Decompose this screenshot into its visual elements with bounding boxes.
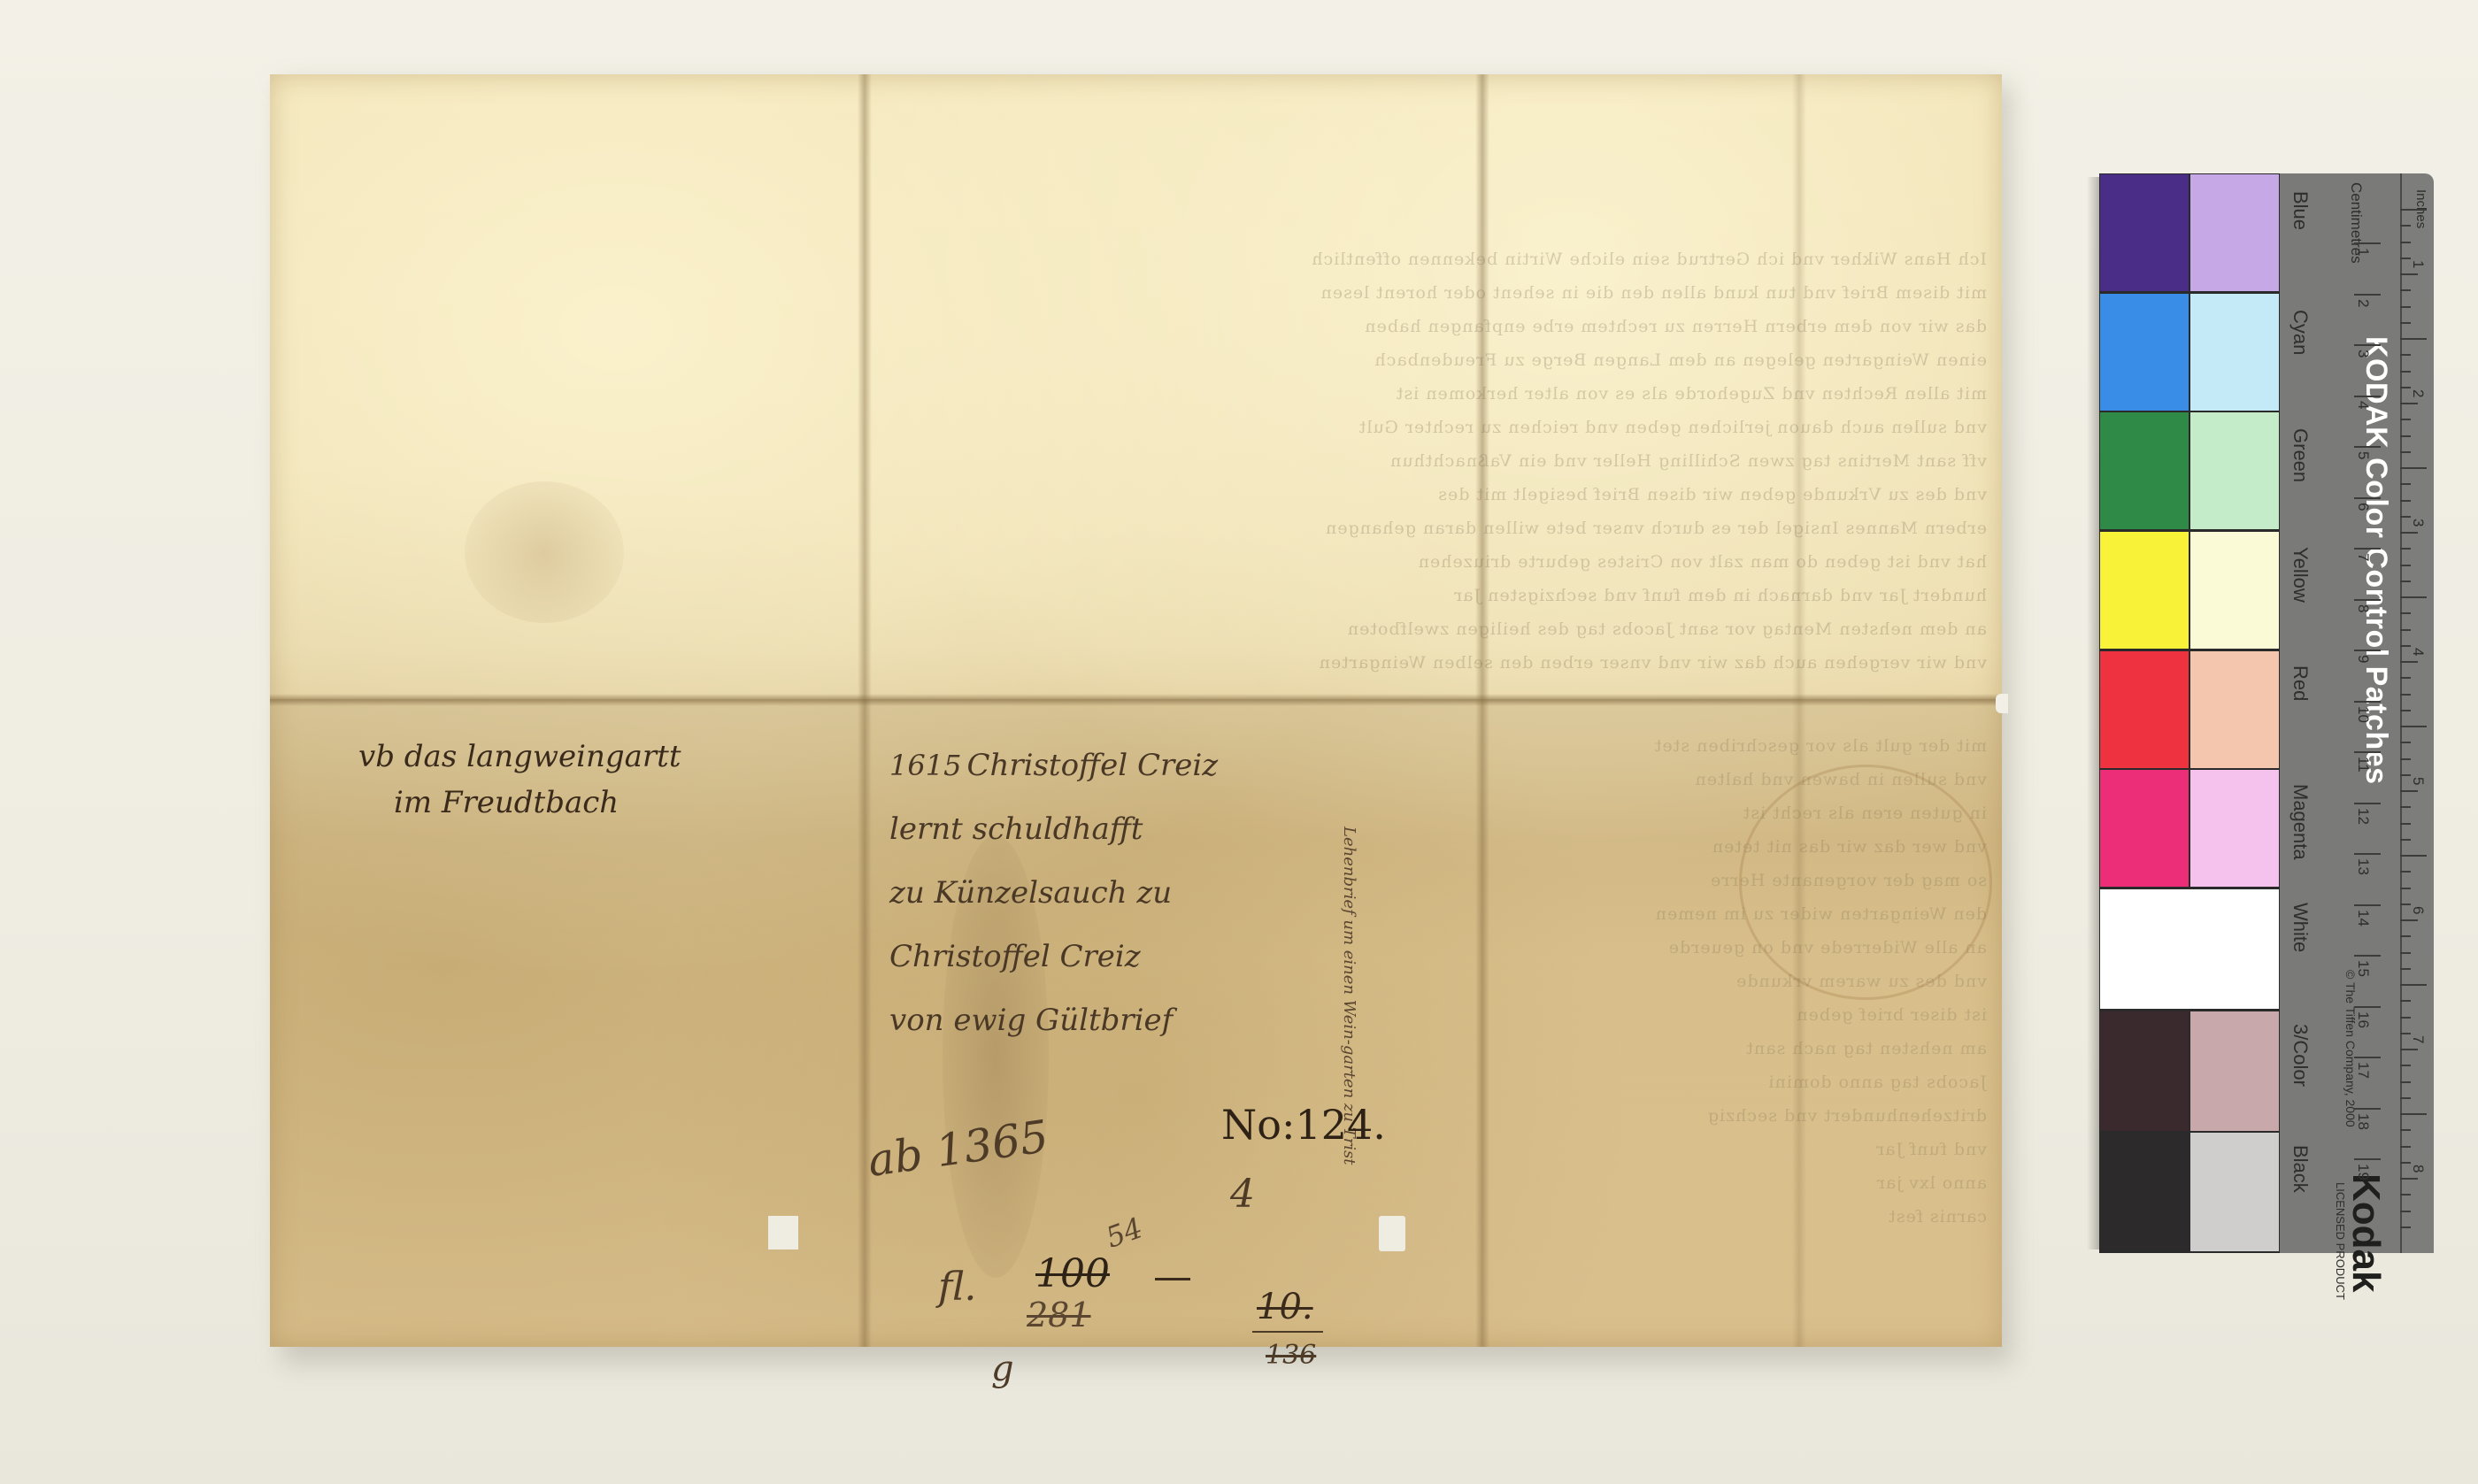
patch-green-light: [2189, 411, 2280, 530]
endorsement-line: Christoffel Creiz: [966, 748, 1218, 783]
cm-tick: [2354, 497, 2381, 499]
inch-tick: [2400, 451, 2411, 453]
inch-tick: [2400, 596, 2427, 598]
inch-tick: [2400, 419, 2411, 420]
inch-tick: [2400, 322, 2411, 324]
inch-tick: [2400, 903, 2411, 905]
cm-tick: [2354, 548, 2381, 550]
inch-tick: [2400, 774, 2411, 776]
inch-tick-label: 2: [2409, 389, 2427, 397]
cm-tick-label: 17: [2354, 1062, 2372, 1079]
kodak-logo: Kodak: [2343, 1173, 2388, 1292]
inch-tick: [2400, 289, 2411, 291]
patch-red-light: [2189, 650, 2280, 769]
inch-tick: [2400, 548, 2411, 550]
cm-tick-label: 16: [2354, 1011, 2372, 1028]
cm-tick-label: 2: [2354, 299, 2372, 307]
underline-mark: [1252, 1331, 1323, 1333]
inch-tick: [2400, 952, 2411, 954]
cm-tick: [2354, 242, 2381, 244]
inch-tick: [2400, 1049, 2418, 1050]
inch-tick: [2400, 258, 2411, 259]
florin-mark: fl.: [938, 1265, 976, 1310]
cm-tick-label: 18: [2354, 1113, 2372, 1130]
patch-3-color-dark: [2099, 1011, 2189, 1132]
patch-blue-dark: [2099, 173, 2189, 292]
inch-tick: [2400, 677, 2411, 679]
inch-tick: [2400, 565, 2411, 566]
cm-tick: [2354, 1057, 2381, 1058]
cm-tick: [2354, 599, 2381, 601]
patch-black-dark: [2099, 1132, 2189, 1252]
color-label-black: Black: [2289, 1145, 2312, 1193]
bleed-through-text-top: Ich Hans Wikher vnd ich Gertrud sein eli…: [482, 242, 1987, 694]
cm-tick: [2354, 955, 2381, 957]
inch-tick: [2400, 726, 2427, 727]
stain: [465, 481, 624, 623]
inch-tick-label: 4: [2409, 648, 2427, 656]
inch-tick: [2400, 661, 2418, 663]
inch-tick: [2400, 806, 2411, 808]
inch-tick: [2400, 1097, 2411, 1099]
cm-tick: [2354, 751, 2381, 753]
stain: [1739, 765, 1992, 1000]
licensed-product-label: LICENSED PRODUCT: [2334, 1182, 2347, 1300]
endorsement-line: zu Künzelsauch zu: [889, 861, 1218, 925]
inch-tick: [2400, 694, 2411, 696]
inch-tick: [2400, 209, 2427, 211]
patch-red-dark: [2099, 650, 2189, 769]
vertical-fold-line: [1475, 74, 1489, 1347]
inch-tick: [2400, 645, 2411, 647]
cm-tick-label: 6: [2354, 503, 2372, 511]
cm-tick-label: 19: [2354, 1164, 2372, 1180]
patch-cyan-light: [2189, 293, 2280, 411]
bleed-line: dritzehenhundert vnd sechzig: [1491, 1099, 1987, 1133]
inch-tick: [2400, 516, 2411, 518]
bleed-line: vnd sullen auch dauon jerlichen geben vn…: [482, 411, 1987, 444]
struck-value-10: 10.: [1257, 1287, 1313, 1327]
archive-number: No:124.: [1221, 1101, 1386, 1149]
bleed-line: carnis fest: [1491, 1200, 1987, 1234]
bleed-line: vnd wir vergehen auch daz wir vnd vnser …: [482, 646, 1987, 680]
cm-tick: [2354, 344, 2381, 346]
vertical-fold-line: [1792, 74, 1806, 1347]
inch-tick: [2400, 839, 2411, 841]
cm-tick-label: 15: [2354, 960, 2372, 977]
inch-tick: [2400, 919, 2418, 921]
cm-tick-label: 9: [2354, 655, 2372, 663]
inch-tick: [2400, 612, 2411, 614]
bleed-line: hundert Jar vnd darnach in dem funf vnd …: [482, 579, 1987, 612]
bleed-line: vnd des zu Vrkunde geben wir disen Brief…: [482, 478, 1987, 511]
bleed-line: erbern Mannes Insigel der es durch vnser…: [482, 511, 1987, 545]
cm-tick-label: 12: [2354, 808, 2372, 825]
inch-tick: [2400, 984, 2427, 986]
inch-tick-label: 6: [2409, 906, 2427, 914]
bleed-line: hat vnd ist geben do man zalt von Criste…: [482, 545, 1987, 579]
bleed-line: mit disem Brief vnd tun kund allen den d…: [482, 276, 1987, 310]
inch-tick: [2400, 823, 2411, 825]
color-label-yellow: Yellow: [2289, 547, 2312, 603]
mark-g: g: [991, 1349, 1014, 1389]
bleed-line: anno lxv jar: [1491, 1166, 1987, 1200]
ruler-panel: Centimetres Inches KODAK Color Control P…: [2280, 173, 2432, 1253]
inch-ruler-strip: [2400, 173, 2434, 1253]
bleed-line: das wir von dem erbern Herren zu rechtem…: [482, 310, 1987, 343]
copyright-label: © The Tiffen Company, 2000: [2343, 970, 2358, 1127]
inch-tick: [2400, 273, 2418, 275]
cm-tick-label: 7: [2354, 553, 2372, 561]
cm-tick-label: 13: [2354, 858, 2372, 875]
inch-tick: [2400, 1146, 2411, 1148]
inch-tick: [2400, 354, 2411, 356]
cm-tick: [2354, 650, 2381, 651]
inch-tick: [2400, 435, 2411, 437]
inch-tick: [2400, 338, 2427, 340]
inch-tick: [2400, 306, 2411, 308]
inch-tick: [2400, 742, 2411, 743]
cm-tick: [2354, 803, 2381, 804]
cm-tick-label: 4: [2354, 401, 2372, 409]
edge-notch: [1996, 694, 2008, 713]
cm-tick-label: 5: [2354, 451, 2372, 459]
patch-yellow-light: [2189, 531, 2280, 650]
inch-tick: [2400, 1113, 2427, 1115]
color-label-blue: Blue: [2289, 191, 2312, 230]
bleed-line: ist diser brief geben: [1491, 998, 1987, 1032]
cm-tick: [2354, 294, 2381, 296]
inch-tick: [2400, 871, 2411, 873]
color-label-magenta: Magenta: [2289, 784, 2312, 860]
inch-tick-label: 5: [2409, 777, 2427, 785]
cm-tick-label: 3: [2354, 350, 2372, 358]
inch-tick: [2400, 1162, 2411, 1164]
cm-tick-label: 14: [2354, 910, 2372, 927]
color-label-green: Green: [2289, 428, 2312, 482]
inch-tick: [2400, 1081, 2411, 1083]
inch-tick-label: 1: [2409, 260, 2427, 268]
inch-tick: [2400, 225, 2411, 227]
endorsement-main: 1615Christoffel Creiz lernt schuldhafft …: [889, 734, 1218, 1052]
inch-tick: [2400, 888, 2411, 889]
endorsement-title-line: im Freudtbach: [394, 780, 681, 826]
inch-tick: [2400, 371, 2411, 373]
bleed-line: mit allen Rechten vnd Zugehorde als es v…: [482, 377, 1987, 411]
inch-tick-label: 7: [2409, 1035, 2427, 1043]
endorsement-title: vb das langweingartt im Freudtbach: [358, 734, 681, 826]
inch-tick: [2400, 968, 2411, 970]
cm-tick: [2354, 701, 2381, 703]
patch-magenta-light: [2189, 769, 2280, 888]
inch-tick: [2400, 467, 2427, 469]
cm-tick: [2354, 396, 2381, 397]
inch-tick-label: 3: [2409, 519, 2427, 527]
cm-tick: [2354, 1158, 2381, 1160]
color-label-white: White: [2289, 903, 2312, 952]
horizontal-fold-line: [270, 694, 2002, 706]
bleed-line: Jacobs tag anno domini: [1491, 1065, 1987, 1099]
inch-tick: [2400, 758, 2411, 760]
bleed-line: Ich Hans Wikher vnd ich Gertrud sein eli…: [482, 242, 1987, 276]
endorsement-line: von ewig Gültbrief: [889, 988, 1218, 1052]
inch-tick: [2400, 710, 2411, 711]
inch-tick: [2400, 1194, 2411, 1196]
bleed-line: mit der gult als vor geschriben stet: [1491, 729, 1987, 763]
inch-tick: [2400, 1000, 2411, 1002]
inch-tick: [2400, 1226, 2411, 1228]
endorsement-line: Christoffel Creiz: [889, 925, 1218, 988]
endorsement-title-line: vb das langweingartt: [358, 734, 681, 780]
inch-tick: [2400, 1033, 2411, 1034]
bleed-line: vnd funf Jar: [1491, 1133, 1987, 1166]
mark-4: 4: [1230, 1172, 1255, 1217]
parchment-hole: [768, 1216, 798, 1249]
cm-tick-label: 1: [2354, 248, 2372, 256]
patch-magenta-dark: [2099, 769, 2189, 888]
inch-tick: [2400, 790, 2418, 792]
patch-blue-light: [2189, 173, 2280, 292]
inch-tick: [2400, 1178, 2418, 1180]
struck-value-100: 100: [1035, 1251, 1110, 1296]
patch-black-light: [2189, 1132, 2280, 1252]
inch-tick: [2400, 532, 2418, 534]
patch-cyan-dark: [2099, 293, 2189, 411]
parchment-hole: [1379, 1216, 1405, 1251]
inch-tick: [2400, 1211, 2411, 1212]
bleed-line: vff sant Mertins tag zwen Schilling Hell…: [482, 444, 1987, 478]
bleed-line: einen Weingarten gelegen an dem Langen B…: [482, 343, 1987, 377]
bleed-line: am nehsten tag nach sant: [1491, 1032, 1987, 1065]
patch-3-color-light: [2189, 1011, 2280, 1132]
endorsement-year: 1615: [889, 749, 961, 782]
color-label-red: Red: [2289, 665, 2312, 701]
struck-value-136: 136: [1266, 1340, 1316, 1371]
inch-tick: [2400, 1129, 2411, 1131]
color-label-3-color: 3/Color: [2289, 1024, 2312, 1087]
inch-tick: [2400, 935, 2411, 937]
endorsement-line: lernt schuldhafft: [889, 797, 1218, 861]
inch-tick: [2400, 581, 2411, 582]
inch-tick: [2400, 403, 2418, 404]
kodak-color-control-strip: Centimetres Inches KODAK Color Control P…: [2099, 173, 2432, 1253]
cm-tick: [2354, 1108, 2381, 1110]
inch-tick: [2400, 483, 2411, 485]
inch-tick: [2400, 242, 2411, 243]
patch-yellow-dark: [2099, 531, 2189, 650]
patch-green-dark: [2099, 411, 2189, 530]
cm-tick: [2354, 1006, 2381, 1008]
inch-tick: [2400, 629, 2411, 631]
inch-tick-label: 8: [2409, 1165, 2427, 1173]
bleed-line: an dem nehsten Mentag vor sant Jacobs ta…: [482, 612, 1987, 646]
parchment-document: Ich Hans Wikher vnd ich Gertrud sein eli…: [270, 74, 2002, 1347]
inch-tick: [2400, 1065, 2411, 1066]
inch-tick: [2400, 855, 2427, 857]
cm-tick-label: 8: [2354, 604, 2372, 612]
cm-tick-label: 11: [2354, 757, 2372, 773]
inch-tick: [2400, 500, 2411, 502]
color-patches: [2099, 173, 2280, 1253]
cm-tick: [2354, 853, 2381, 855]
inch-tick: [2400, 387, 2411, 388]
cm-tick: [2354, 904, 2381, 906]
struck-value-281: 281: [1027, 1296, 1091, 1334]
dash-mark: [1155, 1278, 1190, 1280]
inch-tick: [2400, 1017, 2411, 1019]
cm-tick-label: 10: [2354, 706, 2372, 723]
color-label-cyan: Cyan: [2289, 310, 2312, 355]
cm-tick: [2354, 446, 2381, 448]
patch-white: [2099, 888, 2280, 1010]
